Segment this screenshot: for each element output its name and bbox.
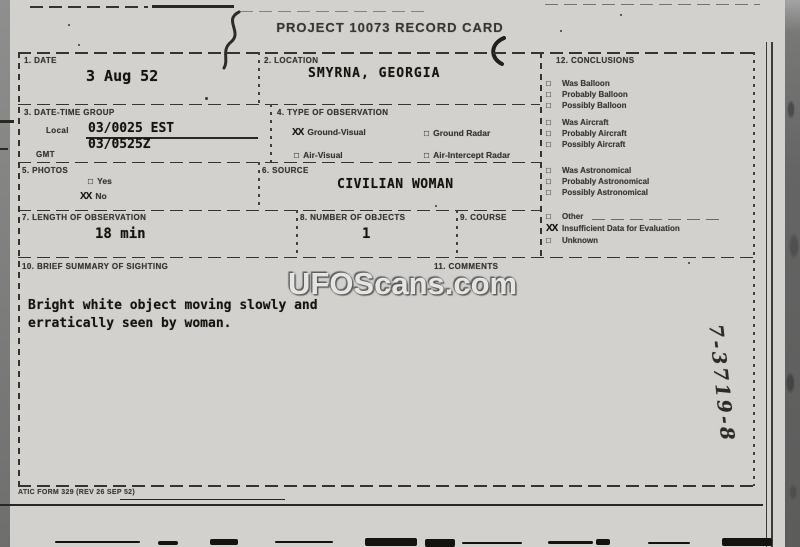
conclusion-label: Probably Balloon: [562, 90, 628, 99]
cell-divider: [258, 52, 260, 104]
film-edge-artifact: [365, 538, 417, 546]
option-label: Yes: [97, 176, 112, 186]
checkbox-mark-checked: XX: [292, 127, 303, 138]
length-of-observation-label: 7. LENGTH OF OBSERVATION: [22, 213, 146, 222]
scanned-record-card: PROJECT 10073 RECORD CARD 1. DATE 3 Aug …: [0, 0, 800, 547]
film-edge-artifact: [462, 542, 522, 544]
cell-divider: [456, 210, 458, 257]
summary-text-line2: erratically seen by woman.: [28, 316, 232, 331]
option-label: Air-Intercept Radar: [433, 150, 510, 160]
checkbox-mark: □: [546, 188, 562, 197]
checkbox-mark: □: [424, 128, 429, 138]
conclusion-label: Possibly Astronomical: [562, 188, 648, 197]
checkbox-mark: □: [424, 150, 429, 160]
scan-speckle: [560, 30, 562, 32]
conclusion-probably-astronomical: □Probably Astronomical: [546, 177, 649, 186]
course-label: 9. COURSE: [460, 213, 507, 222]
conclusion-unknown: □Unknown: [546, 236, 598, 245]
film-edge-artifact: [722, 538, 772, 546]
film-edge-artifact: [548, 541, 593, 544]
checkbox-mark: □: [546, 101, 562, 110]
conclusion-possibly-astronomical: □Possibly Astronomical: [546, 188, 648, 197]
conclusions-label: 12. CONCLUSIONS: [556, 56, 634, 65]
film-edge-artifact: [210, 539, 238, 545]
option-label: Ground Radar: [433, 128, 490, 138]
source-label: 6. SOURCE: [262, 166, 309, 175]
conclusion-was-astronomical: □Was Astronomical: [546, 166, 631, 175]
conclusion-label: Other: [562, 212, 583, 221]
card-border-top: [18, 52, 755, 54]
card-border-right: [753, 52, 755, 486]
photos-label: 5. PHOTOS: [22, 166, 68, 175]
cell-divider: [296, 210, 298, 257]
footer-underline: [120, 499, 285, 500]
checkbox-mark: □: [546, 140, 562, 149]
brief-summary-label: 10. BRIEF SUMMARY OF SIGHTING: [22, 262, 168, 271]
checkbox-mark: □: [546, 118, 562, 127]
checkbox-mark: □: [88, 176, 93, 186]
conclusion-possibly-aircraft: □Possibly Aircraft: [546, 140, 625, 149]
type-of-observation-label: 4. TYPE OF OBSERVATION: [277, 108, 388, 117]
scan-speckle: [688, 262, 690, 264]
option-label: No: [95, 191, 106, 201]
option-photos-yes: □Yes: [88, 176, 112, 186]
conclusion-label: Was Astronomical: [562, 166, 631, 175]
scan-speckle: [205, 97, 208, 100]
conclusion-was-aircraft: □Was Aircraft: [546, 118, 609, 127]
scan-artifact-line: [0, 148, 8, 150]
watermark-text: UFOScans.com: [288, 266, 517, 302]
conclusion-label: Possibly Balloon: [562, 101, 626, 110]
checkbox-mark: □: [546, 236, 562, 245]
column-divider-conclusions: [540, 52, 542, 257]
checkbox-mark-checked: XX: [80, 191, 91, 202]
conclusion-label: Probably Aircraft: [562, 129, 627, 138]
checkbox-mark: □: [294, 150, 299, 160]
cell-divider: [270, 104, 272, 162]
option-air-visual: □Air-Visual: [294, 150, 343, 160]
bottom-rule: [0, 504, 763, 506]
conclusion-probably-aircraft: □Probably Aircraft: [546, 129, 627, 138]
scan-speckle: [78, 44, 80, 46]
checkbox-mark: □: [546, 79, 562, 88]
row-divider: [18, 104, 540, 105]
checkbox-mark: □: [546, 129, 562, 138]
conclusion-probably-balloon: □Probably Balloon: [546, 90, 628, 99]
length-of-observation-value: 18 min: [95, 226, 146, 242]
row-divider: [18, 162, 540, 163]
film-edge-artifact: [158, 541, 178, 545]
date-value: 3 Aug 52: [86, 67, 158, 85]
film-edge-artifact: [275, 541, 333, 543]
checkbox-mark: □: [546, 212, 562, 221]
option-ground-radar: □Ground Radar: [424, 128, 490, 138]
local-value: 03/0025 EST: [88, 121, 174, 136]
scan-artifact-line: [0, 120, 14, 123]
gmt-label: GMT: [36, 150, 55, 159]
film-edge-artifact: [596, 539, 610, 545]
summary-text-line1: Bright white object moving slowly and: [28, 298, 318, 313]
number-of-objects-label: 8. NUMBER OF OBJECTS: [300, 213, 405, 222]
card-border-left: [18, 52, 20, 486]
conclusion-insufficient-data: XXInsufficient Data for Evaluation: [546, 223, 680, 234]
number-of-objects-value: 1: [362, 226, 370, 242]
scan-speckle: [435, 205, 437, 207]
checkbox-mark-checked: XX: [546, 223, 562, 234]
conclusion-possibly-balloon: □Possibly Balloon: [546, 101, 626, 110]
location-value: SMYRNA, GEORGIA: [308, 66, 440, 81]
gmt-value: 03/0525Z: [88, 137, 151, 152]
option-ground-visual: XXGround-Visual: [292, 127, 366, 138]
conclusion-was-balloon: □Was Balloon: [546, 79, 610, 88]
cell-divider: [258, 162, 260, 210]
option-photos-no: XXNo: [80, 191, 107, 202]
checkbox-mark: □: [546, 90, 562, 99]
row-divider: [18, 210, 540, 211]
conclusion-other: □Other: [546, 212, 583, 221]
conclusion-label: Was Balloon: [562, 79, 610, 88]
option-air-intercept-radar: □Air-Intercept Radar: [424, 150, 510, 160]
conclusion-label: Insufficient Data for Evaluation: [562, 224, 680, 233]
card-border-bottom: [18, 485, 755, 487]
conclusion-label: Probably Astronomical: [562, 177, 649, 186]
conclusion-label: Possibly Aircraft: [562, 140, 625, 149]
source-value: CIVILIAN WOMAN: [337, 177, 454, 192]
film-edge-artifact: [55, 541, 140, 543]
local-label: Local: [46, 126, 69, 135]
date-time-group-label: 3. DATE-TIME GROUP: [24, 108, 115, 117]
film-edge-artifact: [648, 542, 690, 544]
location-label: 2. LOCATION: [264, 56, 318, 65]
row-divider: [18, 257, 755, 258]
checkbox-mark: □: [546, 177, 562, 186]
other-fill-line: [592, 219, 722, 220]
date-label: 1. DATE: [24, 56, 57, 65]
form-number-footer: ATIC FORM 329 (REV 26 SEP 52): [18, 489, 135, 496]
option-label: Air-Visual: [303, 150, 343, 160]
scan-speckle: [68, 24, 70, 26]
conclusion-label: Unknown: [562, 236, 598, 245]
conclusion-label: Was Aircraft: [562, 118, 609, 127]
option-label: Ground-Visual: [307, 127, 365, 137]
film-edge-artifact: [425, 539, 455, 547]
scan-speckle: [620, 14, 622, 16]
checkbox-mark: □: [546, 166, 562, 175]
